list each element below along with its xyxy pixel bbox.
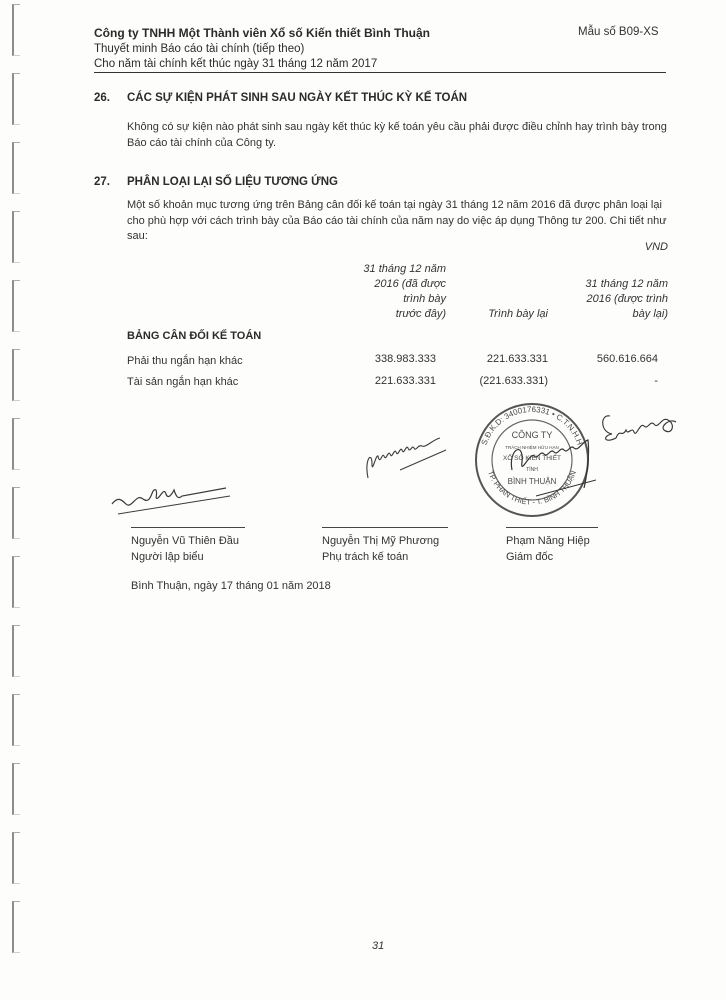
section-number: 26. (94, 92, 127, 104)
column-header-restated: 31 tháng 12 năm 2016 (được trình bày lại… (560, 277, 668, 322)
section-27-heading: 27.PHÂN LOẠI LẠI SỐ LIỆU TƯƠNG ỨNG (94, 176, 338, 188)
binding-bracket (12, 556, 20, 608)
cell-value: 221.633.331 (452, 353, 548, 365)
column-header-line: 2016 (được trình (560, 292, 668, 307)
signatory-preparer: Nguyễn Vũ Thiên Đầu Người lập biểu (131, 533, 239, 565)
binding-bracket (12, 487, 20, 539)
signature-line (322, 527, 448, 528)
row-label: Phải thu ngắn hạn khác (127, 355, 243, 367)
paragraph-line: cho phù hợp với cách trình bày của Báo c… (127, 214, 667, 230)
signature-line (131, 527, 245, 528)
binding-bracket (12, 763, 20, 815)
binding-bracket (12, 625, 20, 677)
section-title: PHÂN LOẠI LẠI SỐ LIỆU TƯƠNG ỨNG (127, 176, 338, 188)
currency-unit: VND (600, 241, 668, 253)
table-title: BẢNG CÂN ĐỐI KẾ TOÁN (127, 330, 261, 342)
signatory-role: Người lập biểu (131, 549, 239, 565)
signatory-role: Phụ trách kế toán (322, 549, 439, 565)
binding-bracket (12, 4, 20, 56)
svg-text:TRÁCH NHIỆM HỮU HẠN: TRÁCH NHIỆM HỮU HẠN (505, 443, 559, 450)
cell-value: 560.616.664 (562, 353, 658, 365)
reporting-period: Cho năm tài chính kết thúc ngày 31 tháng… (94, 58, 666, 73)
column-header-line: trình bày (330, 292, 446, 307)
cell-value: 221.633.331 (340, 375, 436, 387)
binding-bracket (12, 73, 20, 125)
paragraph-line: sau: (127, 229, 667, 245)
binding-bracket (12, 280, 20, 332)
column-header-line: 31 tháng 12 năm (330, 262, 446, 277)
binding-bracket (12, 142, 20, 194)
cell-value: (221.633.331) (452, 375, 548, 387)
svg-text:TỈNH: TỈNH (526, 466, 538, 473)
svg-text:BÌNH THUẬN: BÌNH THUẬN (508, 477, 557, 486)
binding-bracket (12, 211, 20, 263)
binding-bracket (12, 832, 20, 884)
column-header-line: trước đây) (330, 307, 446, 322)
binding-bracket (12, 901, 20, 953)
cell-value: 338.983.333 (340, 353, 436, 365)
paragraph-line: Một số khoản mục tương ứng trên Bảng cân… (127, 198, 667, 214)
page-number: 31 (372, 940, 384, 952)
column-header-previously-reported: 31 tháng 12 năm 2016 (đã được trình bày … (330, 262, 446, 322)
paragraph-line: Không có sự kiện nào phát sinh sau ngày … (127, 120, 667, 136)
svg-text:CÔNG TY: CÔNG TY (512, 430, 553, 440)
svg-text:S.Đ.K.D: 3400176331 • C.T.N.H.: S.Đ.K.D: 3400176331 • C.T.N.H.H (480, 405, 585, 447)
signatory-role: Giám đốc (506, 549, 590, 565)
paragraph-line: Báo cáo tài chính của Công ty. (127, 136, 667, 152)
signature-accountant-icon (360, 430, 460, 490)
column-header-line: bày lại) (560, 307, 668, 322)
signatory-name: Nguyễn Vũ Thiên Đầu (131, 533, 239, 549)
section-26-heading: 26.CÁC SỰ KIỆN PHÁT SINH SAU NGÀY KẾT TH… (94, 92, 467, 104)
column-header-line: 2016 (đã được (330, 277, 446, 292)
column-header-reclassified: Trình bày lại (460, 307, 548, 322)
section-26-body: Không có sự kiện nào phát sinh sau ngày … (127, 120, 667, 151)
signatory-director: Phạm Năng Hiệp Giám đốc (506, 533, 590, 565)
section-title: CÁC SỰ KIỆN PHÁT SINH SAU NGÀY KẾT THÚC … (127, 92, 467, 104)
document-subtitle: Thuyết minh Báo cáo tài chính (tiếp theo… (94, 43, 666, 55)
column-header-line: Trình bày lại (460, 307, 548, 322)
row-label: Tài sản ngắn hạn khác (127, 376, 238, 388)
signatory-name: Phạm Năng Hiệp (506, 533, 590, 549)
binding-bracket (12, 694, 20, 746)
section-27-body: Một số khoản mục tương ứng trên Bảng cân… (127, 198, 667, 245)
signature-line (506, 527, 598, 528)
place-and-date: Bình Thuận, ngày 17 tháng 01 năm 2018 (131, 580, 331, 592)
section-number: 27. (94, 176, 127, 188)
binding-bracket (12, 349, 20, 401)
binding-bracket (12, 418, 20, 470)
form-code: Mẫu số B09-XS (578, 26, 659, 38)
binding-edge (0, 0, 30, 1000)
signature-director-mark-icon (596, 408, 686, 448)
signatory-name: Nguyễn Thị Mỹ Phương (322, 533, 439, 549)
signatory-accountant: Nguyễn Thị Mỹ Phương Phụ trách kế toán (322, 533, 439, 565)
cell-value: - (562, 375, 658, 387)
signature-preparer-icon (108, 470, 248, 520)
column-header-line: 31 tháng 12 năm (560, 277, 668, 292)
company-seal-icon: S.Đ.K.D: 3400176331 • C.T.N.H.H TP. PHAN… (468, 400, 596, 518)
